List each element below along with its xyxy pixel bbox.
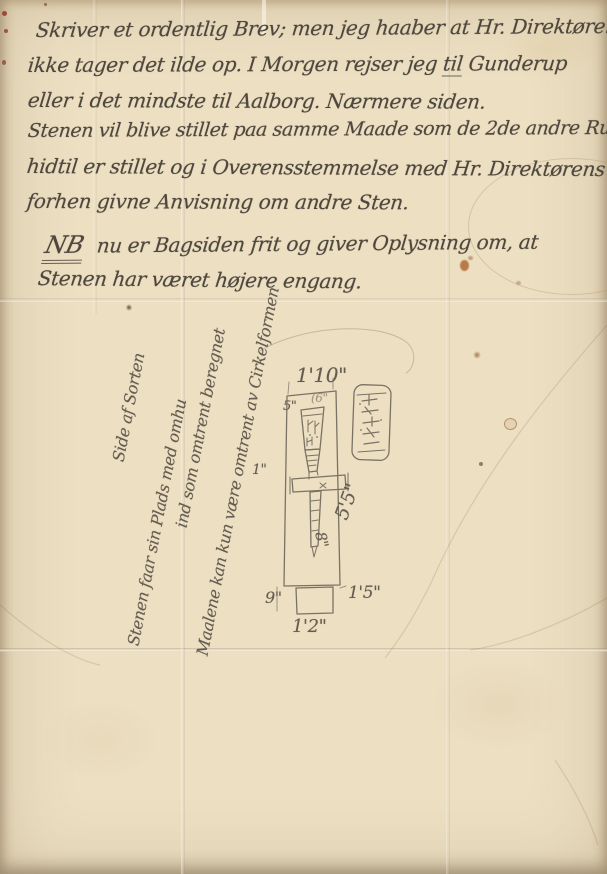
brown-ring-stain xyxy=(504,418,517,430)
measure-base-offset: 9" xyxy=(265,588,282,607)
red-edge-speck xyxy=(44,3,47,6)
sketch-note-rotated: Side af Sorten xyxy=(109,351,149,463)
dark-speck xyxy=(126,304,132,311)
horizontal-fold-upper xyxy=(0,298,607,302)
measure-top-width: 1'10" xyxy=(296,363,347,387)
letter-line: Stenen vil blive stillet paa samme Maade… xyxy=(27,117,607,142)
letter-line: Skriver et ordentlig Brev; men jeg haabe… xyxy=(35,14,607,42)
letter-line: hidtil er stillet og i Overensstemmelse … xyxy=(26,154,607,181)
measure-panel-width: 5" xyxy=(283,399,296,414)
discoloration-patch-bottom-left xyxy=(40,700,160,780)
letter-line-nb: NB nu er Bagsiden frit og giver Oplysnin… xyxy=(43,227,539,264)
measure-panel-width-alt: (6" xyxy=(311,391,328,405)
letter-line: eller i det mindste til Aalborg. Nærmere… xyxy=(27,88,487,114)
brown-fleck xyxy=(473,351,481,359)
measure-base-side: 1'5" xyxy=(348,583,381,603)
letter-line: Stenen har været højere engang. xyxy=(37,266,364,293)
line-segment: ikke tager det ilde op. I Morgen rejser … xyxy=(27,52,445,77)
small-speck xyxy=(479,462,483,466)
measure-height: 5'5" xyxy=(331,481,364,523)
measure-arm-offset: 1" xyxy=(252,462,267,478)
letter-line: ikke tager det ilde op. I Morgen rejser … xyxy=(27,51,569,77)
red-edge-speck xyxy=(2,11,7,16)
red-edge-speck xyxy=(4,29,8,33)
line-segment: nu er Bagsiden frit og giver Oplysning o… xyxy=(90,230,539,258)
letter-page: Skriver et ordentlig Brev; men jeg haabe… xyxy=(0,0,607,874)
horizontal-fold-lower xyxy=(0,648,607,652)
measure-base-width: 1'2" xyxy=(292,616,327,637)
discoloration-patch-mid-right xyxy=(430,660,570,750)
faint-speck xyxy=(516,281,521,285)
underlined-word: til xyxy=(442,51,464,76)
letter-line: forhen givne Anvisning om andre Sten. xyxy=(26,189,410,214)
red-edge-speck xyxy=(2,60,6,65)
line-segment: Gunderup xyxy=(462,51,569,75)
rust-stain xyxy=(460,260,469,271)
measure-shaft-length: 8" xyxy=(311,530,332,549)
nb-mark: NB xyxy=(41,231,89,264)
